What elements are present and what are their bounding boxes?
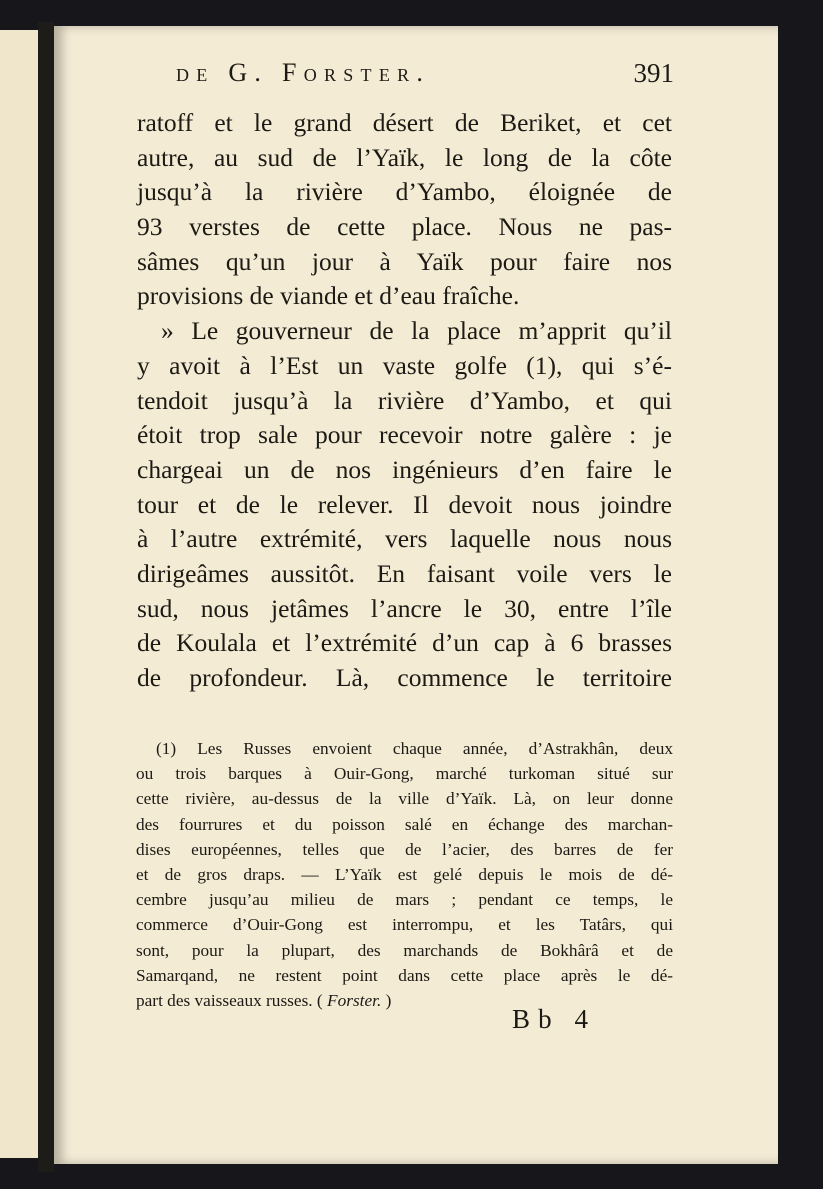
text-line: jusqu’à la rivière d’Yambo, éloignée de: [137, 175, 672, 210]
footnote-line: commerce d’Ouir-Gong est interrompu, et …: [136, 912, 673, 937]
running-title: de G. Forster.: [176, 58, 430, 88]
text-line: tour et de le relever. Il devoit nous jo…: [137, 488, 672, 523]
footnote-line: dises européennes, telles que de l’acier…: [136, 837, 673, 862]
text-line: y avoit à l’Est un vaste golfe (1), qui …: [137, 349, 672, 384]
text-line: chargeai un de nos ingénieurs d’en faire…: [137, 453, 672, 488]
text-line: étoit trop sale pour recevoir notre galè…: [137, 418, 672, 453]
footnote-line: cette rivière, au-dessus de la ville d’Y…: [136, 786, 673, 811]
text-line: tendoit jusqu’à la rivière d’Yambo, et q…: [137, 384, 672, 419]
text-line: autre, au sud de l’Yaïk, le long de la c…: [137, 141, 672, 176]
footnote-line: sont, pour la plupart, des marchands de …: [136, 938, 673, 963]
page-header: de G. Forster. 391: [176, 58, 676, 98]
footnote-line: et de gros draps. — L’Yaïk est gelé depu…: [136, 862, 673, 887]
footnote-line: (1) Les Russes envoient chaque année, d’…: [136, 736, 673, 761]
footnote-line: cembre jusqu’au milieu de mars ; pendant…: [136, 887, 673, 912]
footnote: (1) Les Russes envoient chaque année, d’…: [136, 736, 673, 1013]
footnote-text: ): [386, 991, 392, 1010]
body-text: ratoff et le grand désert de Beriket, et…: [137, 106, 672, 696]
text-line: à l’autre extrémité, vers laquelle nous …: [137, 522, 672, 557]
text-line: de Koulala et l’extrémité d’un cap à 6 b…: [137, 626, 672, 661]
text-line: » Le gouverneur de la place m’apprit qu’…: [137, 314, 672, 349]
facing-page-edge: [0, 30, 38, 1158]
footnote-line: Samarqand, ne restent point dans cette p…: [136, 963, 673, 988]
text-line: de profondeur. Là, commence le territoir…: [137, 661, 672, 696]
footnote-line: des fourrures et du poisson salé en écha…: [136, 812, 673, 837]
text-line: provisions de viande et d’eau fraîche.: [137, 279, 672, 314]
text-line: 93 verstes de cette place. Nous ne pas-: [137, 210, 672, 245]
text-line: sud, nous jetâmes l’ancre le 30, entre l…: [137, 592, 672, 627]
text-line: sâmes qu’un jour à Yaïk pour faire nos: [137, 245, 672, 280]
footnote-line: ou trois barques à Ouir-Gong, marché tur…: [136, 761, 673, 786]
signature-mark: Bb 4: [512, 1004, 596, 1035]
footnote-text: part des vaisseaux russes. (: [136, 991, 323, 1010]
book-gutter: [38, 22, 54, 1172]
text-line: ratoff et le grand désert de Beriket, et…: [137, 106, 672, 141]
page-number: 391: [634, 58, 675, 89]
footnote-attribution: Forster.: [327, 991, 381, 1010]
text-line: dirigeâmes aussitôt. En faisant voile ve…: [137, 557, 672, 592]
